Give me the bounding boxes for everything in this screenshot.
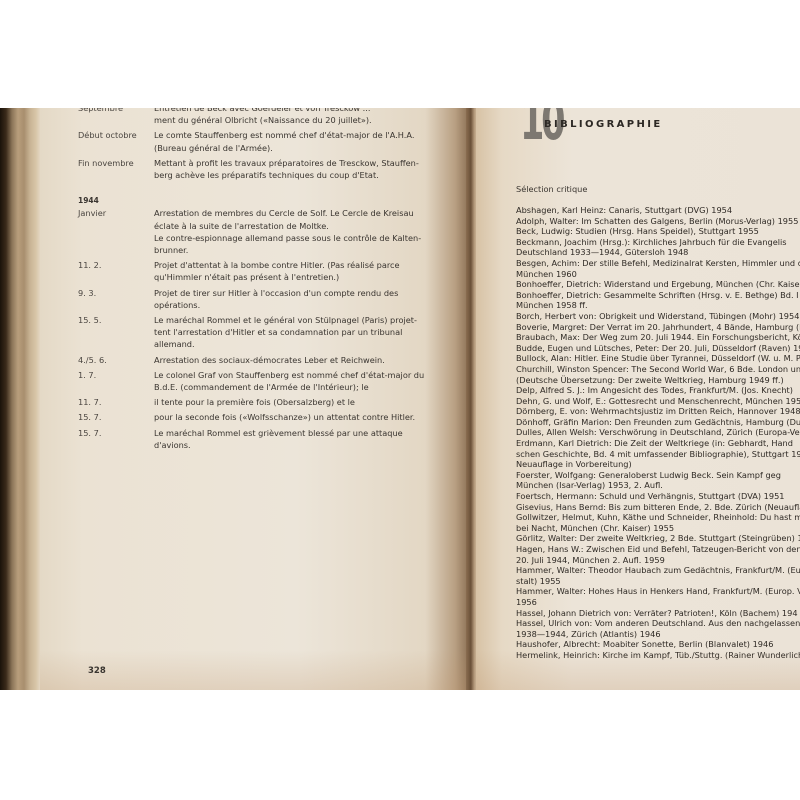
page-shadow	[476, 650, 800, 690]
entry-line: berg achève les préparatifs techniques d…	[154, 169, 458, 181]
chronology-entry: Début octobreLe comte Stauffenberg est n…	[78, 129, 458, 153]
bibliography-line: Borch, Herbert von: Obrigkeit und Widers…	[516, 311, 800, 322]
entry-description: Arrestation des sociaux-démocrates Leber…	[154, 354, 458, 366]
entry-date: 15. 7.	[78, 411, 154, 423]
entry-line: Projet d'attentat à la bombe contre Hitl…	[154, 259, 458, 271]
bibliography-line: München 1958 ff.	[516, 300, 800, 311]
bibliography-line: stalt) 1955	[516, 576, 800, 587]
bibliography-line: München (Isar-Verlag) 1953, 2. Aufl.	[516, 480, 800, 491]
bibliography-line: Neuauflage in Vorbereitung)	[516, 459, 800, 470]
bibliography-line: Hammer, Walter: Hohes Haus in Henkers Ha…	[516, 586, 800, 597]
entry-line: Le maréchal Rommel est grièvement blessé…	[154, 427, 458, 439]
page-number: 328	[88, 666, 106, 676]
entry-line: il tente pour la première fois (Obersalz…	[154, 396, 458, 408]
entry-description: il tente pour la première fois (Obersalz…	[154, 396, 458, 408]
bibliography-line: Erdmann, Karl Dietrich: Die Zeit der Wel…	[516, 438, 800, 449]
entry-date: 4./5. 6.	[78, 354, 154, 366]
bibliography-line: bei Nacht, München (Chr. Kaiser) 1955	[516, 523, 800, 534]
entry-description: Le maréchal Rommel et le général von Stü…	[154, 314, 458, 351]
bibliography-line: Gollwitzer, Helmut, Kuhn, Käthe und Schn…	[516, 512, 800, 523]
bibliography-line: Deutschland 1933—1944, Gütersloh 1948	[516, 247, 800, 258]
chapter-title: BIBLIOGRAPHIE	[544, 119, 663, 130]
bibliography-line: Hagen, Hans W.: Zwischen Eid und Befehl,…	[516, 544, 800, 555]
bibliography-line: Dörnberg, E. von: Wehrmachtsjustiz im Dr…	[516, 406, 800, 417]
bibliography-line: 20. Juli 1944, München 2. Aufl. 1959	[516, 555, 800, 566]
chronology-entry: 4./5. 6.Arrestation des sociaux-démocrat…	[78, 354, 458, 366]
left-page: SeptembreEntretien de Beck avec Goerdele…	[40, 108, 468, 690]
entry-line: Arrestation de membres du Cercle de Solf…	[154, 207, 458, 219]
entry-date: Début octobre	[78, 129, 154, 153]
entry-line: d'avions.	[154, 439, 458, 451]
bibliography-line: Gisevius, Hans Bernd: Bis zum bitteren E…	[516, 502, 800, 513]
bibliography-line: 1956	[516, 597, 800, 608]
year-heading: 1944	[78, 195, 458, 207]
chronology-entry: 9. 3.Projet de tirer sur Hitler à l'occa…	[78, 287, 458, 311]
right-page: 10 BIBLIOGRAPHIE Sélection critique Absh…	[476, 108, 800, 690]
entry-line: Le comte Stauffenberg est nommé chef d'é…	[154, 129, 458, 141]
section-title: Sélection critique	[516, 184, 587, 194]
entry-line: Arrestation des sociaux-démocrates Leber…	[154, 354, 458, 366]
bibliography-line: Dehn, G. und Wolf, E.: Gottesrecht und M…	[516, 396, 800, 407]
chronology-entry: 15. 5.Le maréchal Rommel et le général v…	[78, 314, 458, 351]
chronology-entry: 15. 7.Le maréchal Rommel est grièvement …	[78, 427, 458, 451]
entry-line: éclate à la suite de l'arrestation de Mo…	[154, 220, 458, 232]
entry-date: Fin novembre	[78, 157, 154, 181]
entry-date: 15. 5.	[78, 314, 154, 351]
entry-line: brunner.	[154, 244, 458, 256]
bibliography-line: Dönhoff, Gräfin Marion: Den Freunden zum…	[516, 417, 800, 428]
entry-line: Projet de tirer sur Hitler à l'occasion …	[154, 287, 458, 299]
bibliography-line: schen Geschichte, Bd. 4 mit umfassender …	[516, 449, 800, 460]
chronology: SeptembreEntretien de Beck avec Goerdele…	[78, 108, 458, 454]
bibliography-line: Görlitz, Walter: Der zweite Weltkrieg, 2…	[516, 533, 800, 544]
entry-date: 15. 7.	[78, 427, 154, 451]
entry-line: ment du général Olbricht («Naissance du …	[154, 114, 458, 126]
entry-line: (Bureau général de l'Armée).	[154, 142, 458, 154]
entry-line: allemand.	[154, 338, 458, 350]
bibliography-line: Hassel, Ulrich von: Vom anderen Deutschl…	[516, 618, 800, 629]
entry-line: Le maréchal Rommel et le général von Stü…	[154, 314, 458, 326]
bibliography-list: Abshagen, Karl Heinz: Canaris, Stuttgart…	[516, 205, 800, 661]
chronology-entry: 1. 7.Le colonel Graf von Stauffenberg es…	[78, 369, 458, 393]
entry-date: 1. 7.	[78, 369, 154, 393]
bibliography-line: Beckmann, Joachim (Hrsg.): Kirchliches J…	[516, 237, 800, 248]
entry-line: opérations.	[154, 299, 458, 311]
bibliography-line: Bonhoeffer, Dietrich: Gesammelte Schrift…	[516, 290, 800, 301]
chronology-entry: 11. 7.il tente pour la première fois (Ob…	[78, 396, 458, 408]
entry-line: B.d.E. (commandement de l'Armée de l'Int…	[154, 381, 458, 393]
chronology-entry: JanvierArrestation de membres du Cercle …	[78, 207, 458, 256]
entry-description: Le comte Stauffenberg est nommé chef d'é…	[154, 129, 458, 153]
chronology-entry: 11. 2.Projet d'attentat à la bombe contr…	[78, 259, 458, 283]
bibliography-line: Budde, Eugen und Lütsches, Peter: Der 20…	[516, 343, 800, 354]
bibliography-line: Beck, Ludwig: Studien (Hrsg. Hans Speide…	[516, 226, 800, 237]
bibliography-line: Delp, Alfred S. J.: Im Angesicht des Tod…	[516, 385, 800, 396]
entry-line: Le contre-espionnage allemand passe sous…	[154, 232, 458, 244]
bibliography-line: Bullock, Alan: Hitler. Eine Studie über …	[516, 353, 800, 364]
chronology-entry: 15. 7.pour la seconde fois («Wolfsschanz…	[78, 411, 458, 423]
bibliography-line: Dulles, Allen Welsh: Verschwörung in Deu…	[516, 427, 800, 438]
entry-line: pour la seconde fois («Wolfsschanze») un…	[154, 411, 458, 423]
entry-description: Projet d'attentat à la bombe contre Hitl…	[154, 259, 458, 283]
entry-description: Arrestation de membres du Cercle de Solf…	[154, 207, 458, 256]
bibliography-line: München 1960	[516, 269, 800, 280]
bibliography-line: Bonhoeffer, Dietrich: Widerstand und Erg…	[516, 279, 800, 290]
entry-line: tent l'arrestation d'Hitler et sa condam…	[154, 326, 458, 338]
bibliography-line: Boverie, Margret: Der Verrat im 20. Jahr…	[516, 322, 800, 333]
entry-date: 11. 2.	[78, 259, 154, 283]
bibliography-line: (Deutsche Übersetzung: Der zweite Weltkr…	[516, 375, 800, 386]
entry-description: Le maréchal Rommel est grièvement blessé…	[154, 427, 458, 451]
bibliography-line: Braubach, Max: Der Weg zum 20. Juli 1944…	[516, 332, 800, 343]
entry-description: Mettant à profit les travaux préparatoir…	[154, 157, 458, 181]
bibliography-line: Churchill, Winston Spencer: The Second W…	[516, 364, 800, 375]
entry-date: 9. 3.	[78, 287, 154, 311]
entry-date: 11. 7.	[78, 396, 154, 408]
entry-line: qu'Himmler n'était pas présent à l'entre…	[154, 271, 458, 283]
entry-description: Le colonel Graf von Stauffenberg est nom…	[154, 369, 458, 393]
bibliography-line: Besgen, Achim: Der stille Befehl, Medizi…	[516, 258, 800, 269]
chronology-entry: SeptembreEntretien de Beck avec Goerdele…	[78, 108, 458, 126]
bibliography-line: 1938—1944, Zürich (Atlantis) 1946	[516, 629, 800, 640]
bibliography-line: Hassel, Johann Dietrich von: Verräter? P…	[516, 608, 800, 619]
entry-description: Entretien de Beck avec Goerdeler et von …	[154, 108, 458, 126]
bibliography-line: Abshagen, Karl Heinz: Canaris, Stuttgart…	[516, 205, 800, 216]
entry-description: pour la seconde fois («Wolfsschanze») un…	[154, 411, 458, 423]
entry-date: Septembre	[78, 108, 154, 126]
open-book: SeptembreEntretien de Beck avec Goerdele…	[0, 108, 800, 690]
entry-line: Mettant à profit les travaux préparatoir…	[154, 157, 458, 169]
bibliography-line: Adolph, Walter: Im Schatten des Galgens,…	[516, 216, 800, 227]
bibliography-line: Hammer, Walter: Theodor Haubach zum Gedä…	[516, 565, 800, 576]
page-edges	[0, 108, 40, 690]
entry-line: Le colonel Graf von Stauffenberg est nom…	[154, 369, 458, 381]
entry-description: Projet de tirer sur Hitler à l'occasion …	[154, 287, 458, 311]
chronology-entry: Fin novembreMettant à profit les travaux…	[78, 157, 458, 181]
bibliography-line: Foertsch, Hermann: Schuld und Verhängnis…	[516, 491, 800, 502]
bibliography-line: Haushofer, Albrecht: Moabiter Sonette, B…	[516, 639, 800, 650]
entry-date: Janvier	[78, 207, 154, 256]
bibliography-line: Foerster, Wolfgang: Generaloberst Ludwig…	[516, 470, 800, 481]
